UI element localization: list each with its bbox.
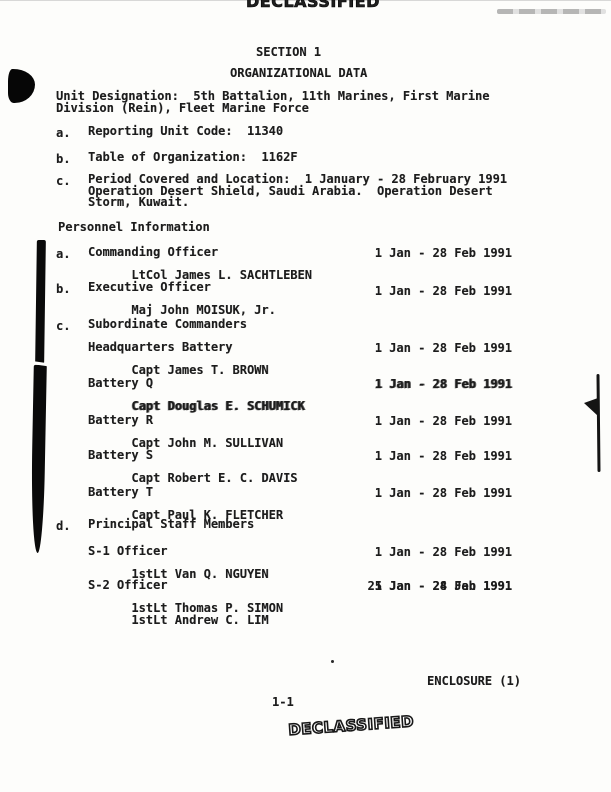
margin-hook-mark — [596, 374, 600, 472]
personnel-section-c: c. Subordinate Commanders — [88, 319, 512, 331]
section-letter: b. — [56, 282, 70, 296]
service-dates: 1 Jan - 28 Feb 1991 — [375, 286, 512, 298]
personnel-entry: Capt Douglas E. SCHUMICK 1 Jan - 28 Feb … — [88, 390, 512, 402]
personnel-entry: Capt John M. SULLIVAN 1 Jan - 28 Feb 199… — [88, 427, 512, 439]
item-letter: b. — [56, 152, 70, 166]
personnel-entry: Capt Robert E. C. DAVIS 1 Jan - 28 Feb 1… — [88, 462, 512, 474]
personnel-entry: 1stLt Van Q. NGUYEN 1 Jan - 28 Feb 1991 — [88, 558, 512, 570]
stamp-text: DECLASSIFIED — [246, 0, 382, 11]
battery-group-q: Battery Q Capt Douglas E. SCHUMICK 1 Jan… — [88, 378, 512, 401]
section-title-text: Principal Staff Members — [88, 519, 512, 531]
section-letter: a. — [56, 247, 70, 261]
battery-group-t: Battery T Capt Paul K. FLETCHER 1 Jan - … — [88, 487, 512, 510]
personnel-heading: Personnel Information — [58, 222, 210, 234]
service-dates: 1 Jan - 28 Feb 1991 — [375, 547, 512, 559]
battery-group-hq: Headquarters Battery Capt James T. BROWN… — [88, 342, 512, 365]
officer-name: 1stLt Andrew C. LIM — [131, 613, 268, 627]
officer-name: Capt Robert E. C. DAVIS — [131, 471, 297, 485]
service-dates: 1 Jan - 28 Feb 1991 — [375, 451, 512, 463]
personnel-entry: Maj John MOISUK, Jr. 1 Jan - 28 Feb 1991 — [88, 294, 512, 306]
personnel-entry: 1stLt Thomas P. SIMON 1 Jan - 24 Jan 199… — [88, 592, 512, 604]
item-text: Table of Organization: 1162F — [88, 152, 512, 164]
personnel-section-b: b. Executive Officer Maj John MOISUK, Jr… — [88, 282, 512, 305]
section-heading: SECTION 1 — [256, 47, 321, 59]
service-dates: 1 Jan - 28 Feb 1991 — [375, 488, 512, 500]
personnel-entry: Capt Paul K. FLETCHER 1 Jan - 28 Feb 199… — [88, 499, 512, 511]
item-text: Reporting Unit Code: 11340 — [88, 126, 512, 138]
org-item-b: b. Table of Organization: 1162F — [88, 152, 512, 164]
scan-speck — [331, 660, 334, 663]
officer-name: Maj John MOISUK, Jr. — [131, 303, 276, 317]
scan-smudge-top-right — [497, 9, 606, 14]
hole-punch-mark — [8, 69, 35, 103]
personnel-entry: Capt James T. BROWN 1 Jan - 28 Feb 1991 — [88, 354, 512, 366]
page-number: 1-1 — [272, 697, 294, 709]
service-dates: 1 Jan - 28 Feb 1991 — [375, 379, 512, 391]
personnel-section-d: d. Principal Staff Members — [88, 519, 512, 531]
redaction-bar-bottom — [30, 365, 47, 553]
battery-group-r: Battery R Capt John M. SULLIVAN 1 Jan - … — [88, 415, 512, 438]
margin-hook-bulge — [584, 398, 598, 416]
officer-name: Capt James T. BROWN — [131, 363, 268, 377]
item-letter: a. — [56, 126, 70, 140]
item-text: Storm, Kuwait. — [88, 197, 512, 209]
staff-group-s2: S-2 Officer 1stLt Thomas P. SIMON 1 Jan … — [88, 580, 512, 615]
section-letter: c. — [56, 319, 70, 333]
org-item-a: a. Reporting Unit Code: 11340 — [88, 126, 512, 138]
battery-group-s: Battery S Capt Robert E. C. DAVIS 1 Jan … — [88, 450, 512, 473]
service-dates: 1 Jan - 28 Feb 1991 — [375, 416, 512, 428]
redaction-bar-top — [35, 240, 46, 364]
service-dates: 25 Jan - 28 Feb 1991 — [368, 581, 513, 593]
document-page: DECLASSIFIED SECTION 1 ORGANIZATIONAL DA… — [0, 0, 611, 792]
org-item-c: c. Period Covered and Location: 1 Januar… — [88, 174, 512, 209]
page-title: ORGANIZATIONAL DATA — [230, 68, 367, 80]
top-declassified-stamp: DECLASSIFIED — [246, 0, 382, 17]
section-letter: d. — [56, 519, 70, 533]
officer-name: Capt Douglas E. SCHUMICK — [131, 399, 304, 413]
item-letter: c. — [56, 174, 70, 188]
service-dates: 1 Jan - 28 Feb 1991 — [375, 248, 512, 260]
unit-designation-line2: Division (Rein), Fleet Marine Force — [56, 103, 526, 115]
personnel-section-a: a. Commanding Officer LtCol James L. SAC… — [88, 247, 512, 270]
officer-name: Capt John M. SULLIVAN — [131, 436, 283, 450]
section-title-text: Subordinate Commanders — [88, 319, 512, 331]
bottom-declassified-stamp: DECLASSIFIED — [288, 712, 415, 739]
enclosure-label: ENCLOSURE (1) — [427, 676, 521, 688]
unit-designation: Unit Designation: 5th Battalion, 11th Ma… — [56, 91, 526, 114]
staff-group-s1: S-1 Officer 1stLt Van Q. NGUYEN 1 Jan - … — [88, 546, 512, 569]
personnel-entry: LtCol James L. SACHTLEBEN 1 Jan - 28 Feb… — [88, 259, 512, 271]
service-dates: 1 Jan - 28 Feb 1991 — [375, 343, 512, 355]
